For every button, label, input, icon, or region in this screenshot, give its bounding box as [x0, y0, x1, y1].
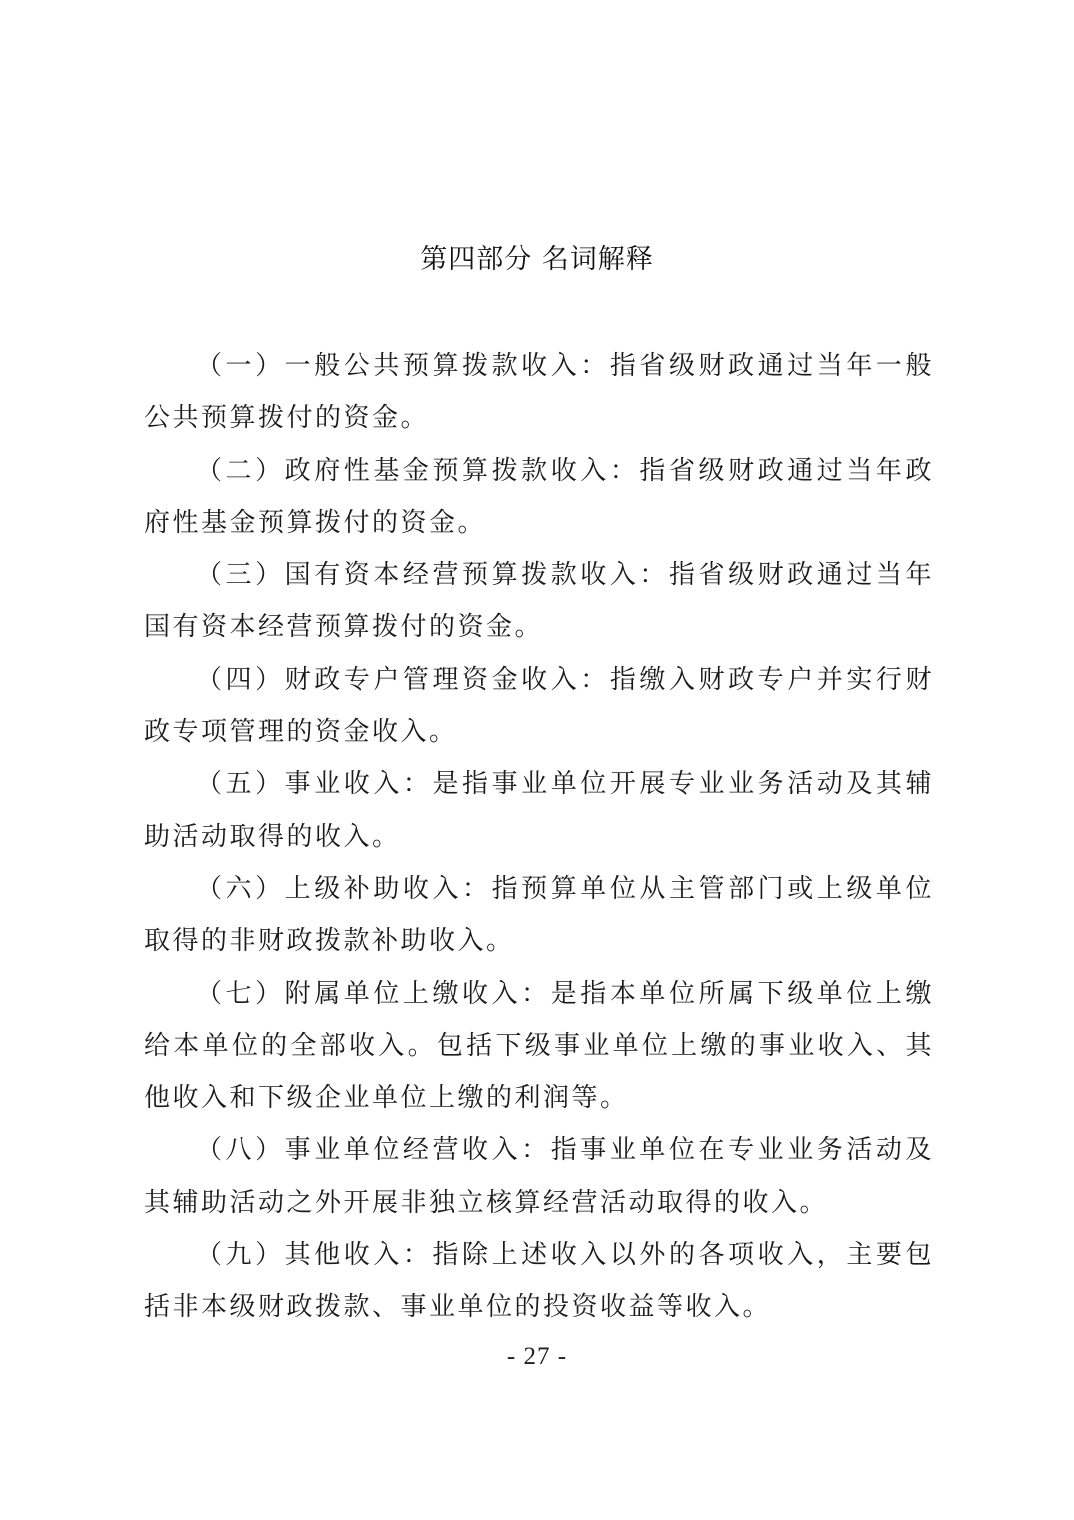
definition-paragraph-5: （五）事业收入：是指事业单位开展专业业务活动及其辅助活动取得的收入。	[144, 758, 934, 863]
definition-paragraph-8: （八）事业单位经营收入：指事业单位在专业业务活动及其辅助活动之外开展非独立核算经…	[144, 1124, 934, 1229]
definition-paragraph-1: （一）一般公共预算拨款收入：指省级财政通过当年一般公共预算拨付的资金。	[144, 340, 934, 445]
definition-paragraph-7: （七）附属单位上缴收入：是指本单位所属下级单位上缴给本单位的全部收入。包括下级事…	[144, 968, 934, 1125]
definition-paragraph-3: （三）国有资本经营预算拨款收入：指省级财政通过当年国有资本经营预算拨付的资金。	[144, 549, 934, 654]
definition-paragraph-9: （九）其他收入：指除上述收入以外的各项收入，主要包括非本级财政拨款、事业单位的投…	[144, 1229, 934, 1334]
definition-paragraph-4: （四）财政专户管理资金收入：指缴入财政专户并实行财政专项管理的资金收入。	[144, 654, 934, 759]
definition-paragraph-2: （二）政府性基金预算拨款收入：指省级财政通过当年政府性基金预算拨付的资金。	[144, 445, 934, 550]
definition-paragraph-6: （六）上级补助收入：指预算单位从主管部门或上级单位取得的非财政拨款补助收入。	[144, 863, 934, 968]
section-title: 第四部分 名词解释	[0, 240, 1074, 280]
page-number: - 27 -	[0, 1340, 1074, 1374]
definitions-body: （一）一般公共预算拨款收入：指省级财政通过当年一般公共预算拨付的资金。 （二）政…	[144, 340, 934, 1334]
document-page: 第四部分 名词解释 （一）一般公共预算拨款收入：指省级财政通过当年一般公共预算拨…	[0, 0, 1074, 1520]
